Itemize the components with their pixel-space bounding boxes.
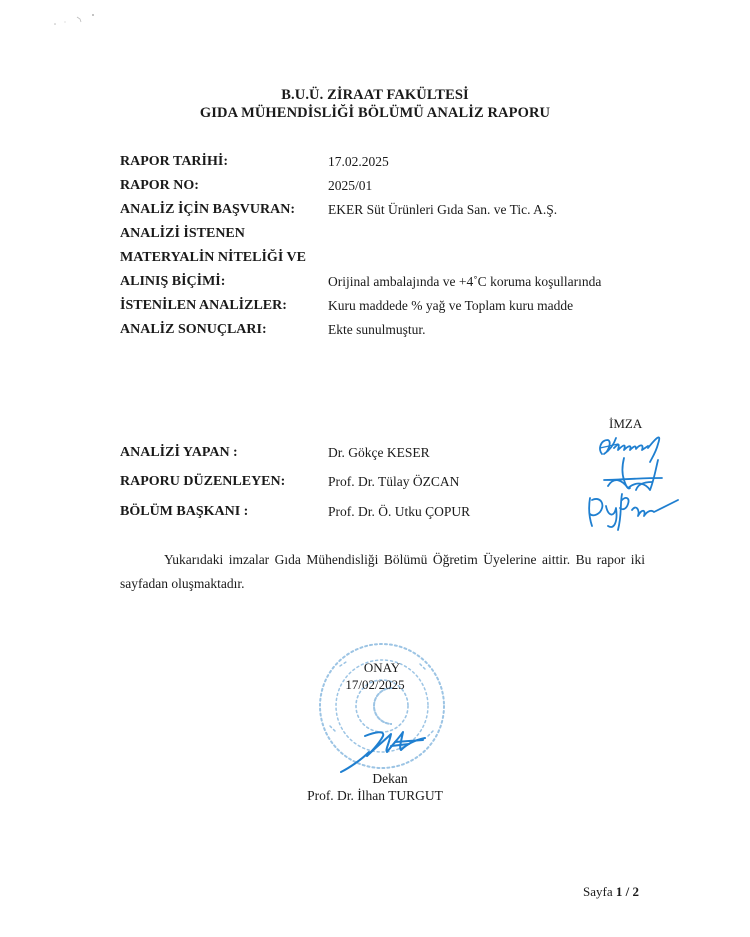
faculty-title: B.U.Ü. ZİRAAT FAKÜLTESİ — [0, 86, 750, 104]
info-label: ALINIŞ BİÇİMİ: — [120, 274, 328, 290]
info-value: EKER Süt Ürünleri Gıda San. ve Tic. A.Ş. — [328, 202, 557, 218]
info-label: RAPOR NO: — [120, 178, 328, 194]
signature-editor — [604, 458, 662, 490]
info-label: İSTENİLEN ANALİZLER: — [120, 298, 328, 314]
page-current: 1 — [616, 884, 623, 899]
approval-title: ONAY — [0, 659, 750, 676]
statement-paragraph: Yukarıdaki imzalar Gıda Mühendisliği Böl… — [120, 548, 645, 596]
info-label: ANALİZİ İSTENEN — [120, 226, 328, 242]
info-label: ANALİZ İÇİN BAŞVURAN: — [120, 202, 328, 218]
signatory-role: RAPORU DÜZENLEYEN: — [120, 474, 328, 490]
statement-text: Yukarıdaki imzalar Gıda Mühendisliği Böl… — [120, 552, 645, 591]
page-total: 2 — [632, 884, 639, 899]
signatory-name: Dr. Gökçe KESER — [328, 445, 430, 461]
signatories-table: ANALİZİ YAPAN :Dr. Gökçe KESER RAPORU DÜ… — [120, 438, 520, 527]
info-row: ANALİZ İÇİN BAŞVURAN:EKER Süt Ürünleri G… — [120, 198, 640, 222]
signatory-row: RAPORU DÜZENLEYEN:Prof. Dr. Tülay ÖZCAN — [120, 468, 520, 498]
info-label: ANALİZ SONUÇLARI: — [120, 322, 328, 338]
info-label: MATERYALİN NİTELİĞİ VE — [120, 250, 328, 266]
page-prefix: Sayfa — [583, 884, 613, 899]
info-row: ALINIŞ BİÇİMİ:Orijinal ambalajında ve +4… — [120, 270, 640, 294]
signatures-image — [578, 430, 688, 535]
page-separator: / — [626, 884, 630, 899]
signatory-name: Prof. Dr. Tülay ÖZCAN — [328, 474, 459, 490]
report-title: GIDA MÜHENDİSLİĞİ BÖLÜMÜ ANALİZ RAPORU — [0, 104, 750, 122]
info-label: RAPOR TARİHİ: — [120, 154, 328, 170]
info-row: ANALİZİ İSTENEN — [120, 222, 640, 246]
report-header: B.U.Ü. ZİRAAT FAKÜLTESİ GIDA MÜHENDİSLİĞ… — [0, 86, 750, 122]
info-row: RAPOR NO:2025/01 — [120, 174, 640, 198]
signatory-row: ANALİZİ YAPAN :Dr. Gökçe KESER — [120, 438, 520, 468]
info-row: MATERYALİN NİTELİĞİ VE — [120, 246, 640, 270]
approval-date: 17/02/2025 — [0, 676, 750, 693]
dean-title: Dekan — [0, 770, 750, 787]
dean-name: Prof. Dr. İlhan TURGUT — [0, 787, 750, 804]
info-value: 17.02.2025 — [328, 154, 389, 170]
signature-head — [589, 494, 678, 530]
info-row: RAPOR TARİHİ:17.02.2025 — [120, 150, 640, 174]
signatory-role: BÖLÜM BAŞKANI : — [120, 504, 328, 520]
dean-signature — [335, 722, 440, 777]
info-row: İSTENİLEN ANALİZLER:Kuru maddede % yağ v… — [120, 294, 640, 318]
approval-block: ONAY 17/02/2025 — [0, 659, 750, 693]
info-value: Orijinal ambalajında ve +4˚C koruma koşu… — [328, 274, 601, 290]
signatory-name: Prof. Dr. Ö. Utku ÇOPUR — [328, 504, 470, 520]
info-value: Kuru maddede % yağ ve Toplam kuru madde — [328, 298, 573, 314]
signatory-role: ANALİZİ YAPAN : — [120, 445, 328, 461]
info-row: ANALİZ SONUÇLARI:Ekte sunulmuştur. — [120, 318, 640, 342]
dean-block: Dekan Prof. Dr. İlhan TURGUT — [0, 770, 750, 804]
report-info-table: RAPOR TARİHİ:17.02.2025 RAPOR NO:2025/01… — [120, 150, 640, 342]
info-value: 2025/01 — [328, 178, 372, 194]
page-number: Sayfa 1 / 2 — [583, 884, 639, 900]
signatory-row: BÖLÜM BAŞKANI :Prof. Dr. Ö. Utku ÇOPUR — [120, 497, 520, 527]
scan-artifact — [50, 10, 110, 30]
info-value: Ekte sunulmuştur. — [328, 322, 426, 338]
signature-analyst — [600, 437, 659, 462]
